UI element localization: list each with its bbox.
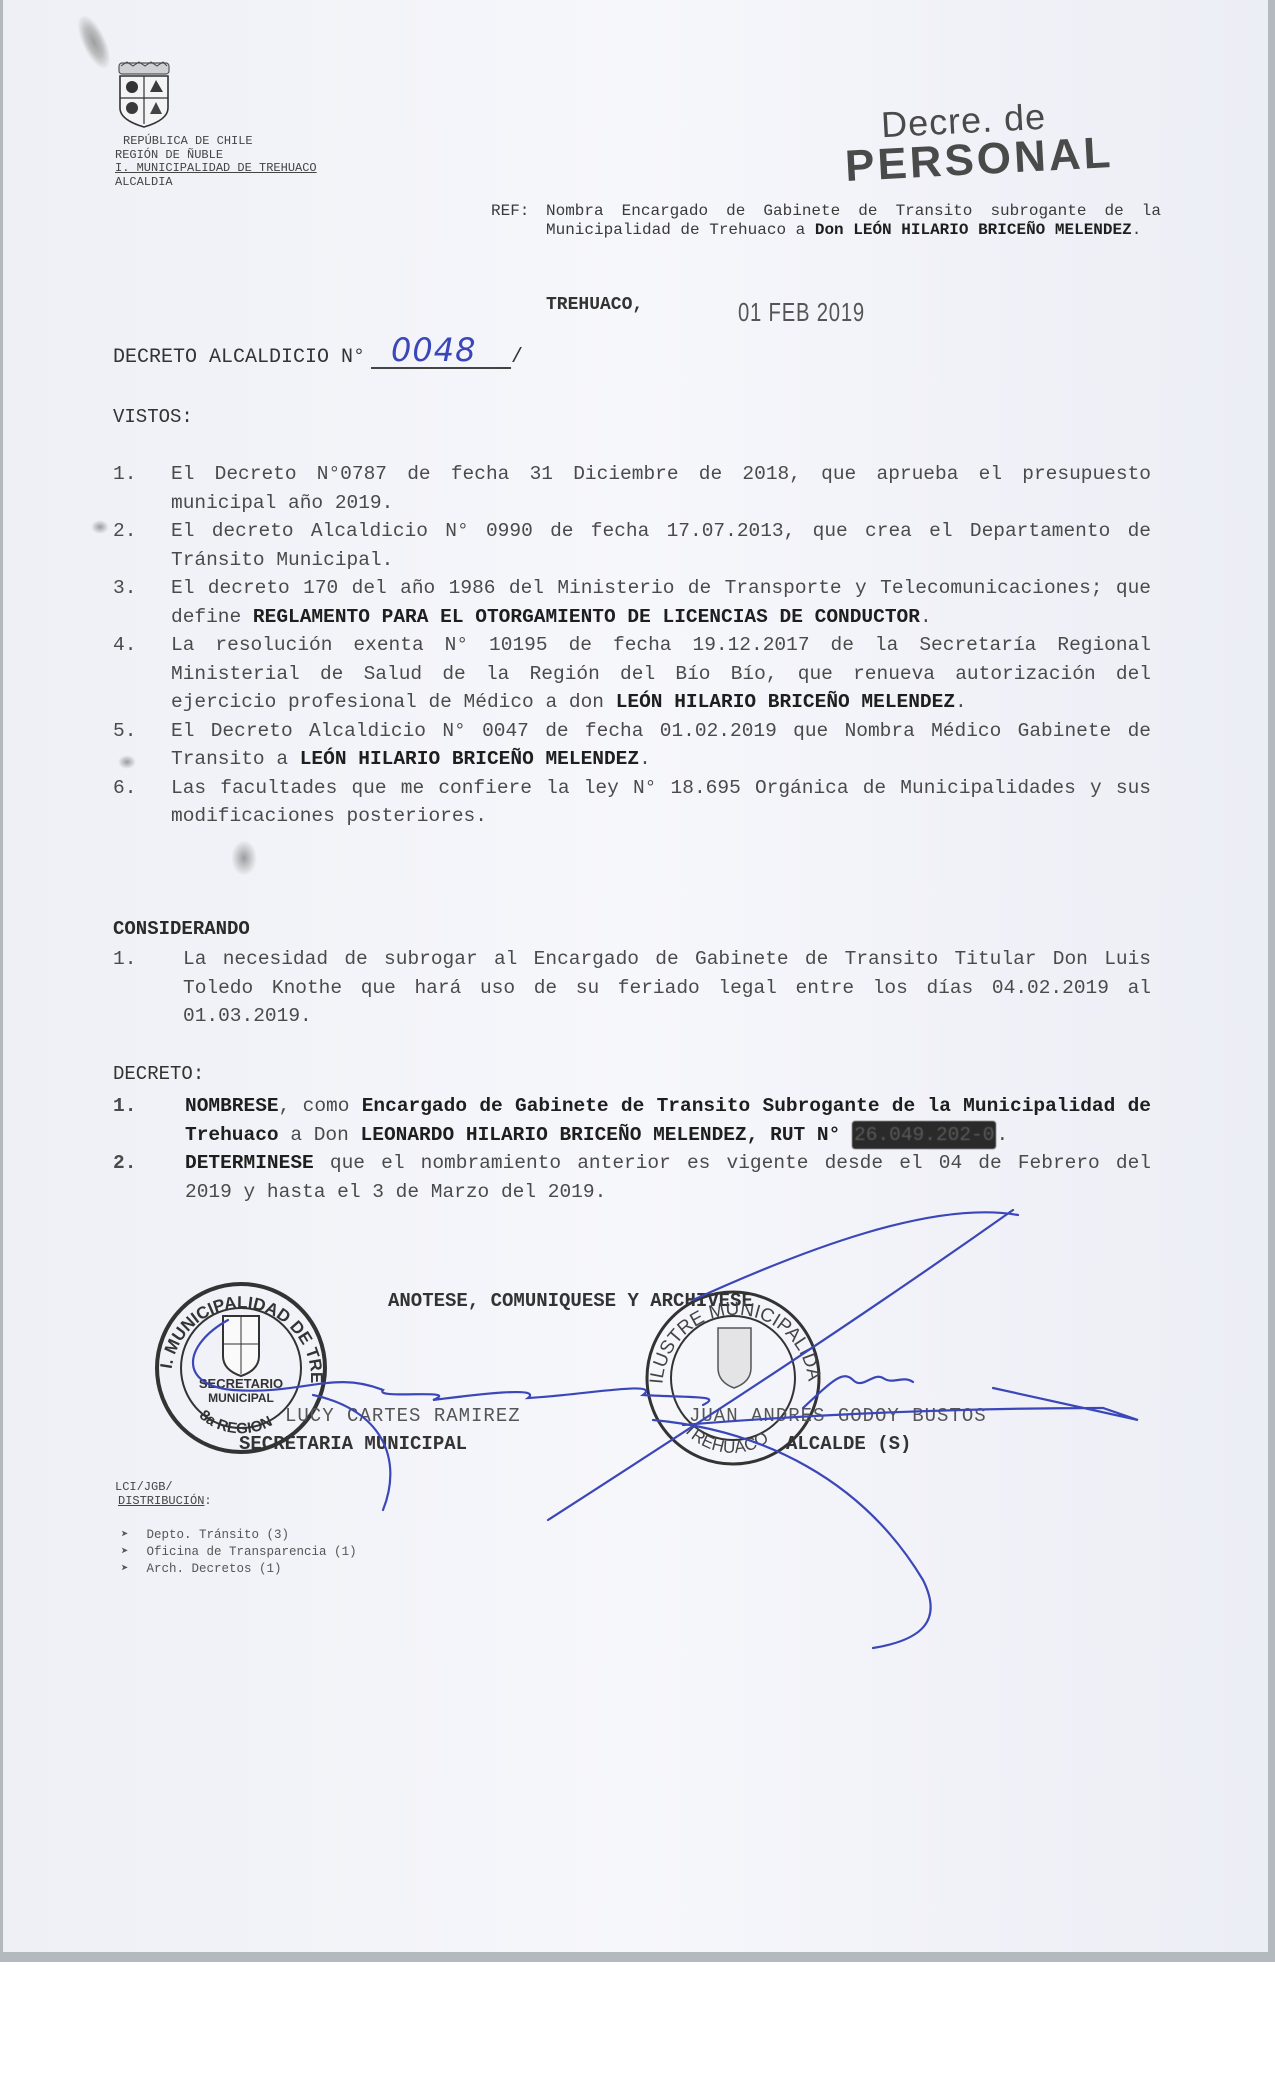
svg-text:SECRETARIO: SECRETARIO bbox=[199, 1376, 283, 1391]
text: La necesidad de subrogar al Encargado de… bbox=[183, 948, 1151, 1027]
ink-smudge bbox=[91, 520, 109, 534]
ink-smudge bbox=[72, 12, 116, 72]
decreto-title: DECRETO: bbox=[113, 1063, 204, 1085]
svg-text:MUNICIPAL: MUNICIPAL bbox=[208, 1391, 274, 1405]
issuer-header: REPÚBLICA DE CHILE REGIÓN DE ÑUBLE I. MU… bbox=[115, 135, 317, 189]
distribution-item: ➤Arch. Decretos (1) bbox=[121, 1561, 357, 1578]
secretary-name: LUCY CARTES RAMIREZ bbox=[285, 1405, 521, 1427]
item-number: 2. bbox=[113, 517, 136, 546]
redacted-rut: 26.049.202-0 bbox=[852, 1121, 996, 1150]
list-item: 1.El Decreto N°0787 de fecha 31 Diciembr… bbox=[113, 460, 1151, 517]
arrow-bullet-icon: ➤ bbox=[121, 1544, 129, 1561]
city: TREHUACO, bbox=[546, 295, 643, 315]
text: , como bbox=[279, 1095, 362, 1117]
vistos-list: 1.El Decreto N°0787 de fecha 31 Diciembr… bbox=[113, 460, 1151, 831]
list-item: 4.La resolución exenta N° 10195 de fecha… bbox=[113, 631, 1151, 717]
decree-number: DECRETO ALCALDICIO N°0048/ bbox=[113, 346, 523, 369]
list-item: 2.El decreto Alcaldicio N° 0990 de fecha… bbox=[113, 517, 1151, 574]
item-number: 6. bbox=[113, 774, 136, 803]
item-number: 5. bbox=[113, 717, 136, 746]
text: . bbox=[639, 748, 651, 770]
ref-label: REF: bbox=[491, 202, 529, 221]
list-item: 1.La necesidad de subrogar al Encargado … bbox=[113, 945, 1151, 1031]
header-line: ALCALDIA bbox=[115, 176, 317, 190]
distribution-item: ➤Oficina de Transparencia (1) bbox=[121, 1544, 357, 1561]
ref-text-bold: Don LEÓN HILARIO BRICEÑO MELENDEZ bbox=[815, 221, 1132, 239]
coat-of-arms-icon bbox=[115, 60, 173, 130]
list-item: 6.Las facultades que me confiere la ley … bbox=[113, 774, 1151, 831]
text: . bbox=[996, 1124, 1008, 1146]
item-number: 1. bbox=[113, 945, 136, 974]
bold-text: LEÓN HILARIO BRICEÑO MELENDEZ bbox=[300, 748, 639, 770]
item-number: 3. bbox=[113, 574, 136, 603]
text: que el nombramiento anterior es vigente … bbox=[185, 1152, 1151, 1203]
decree-number-handwritten: 0048 bbox=[391, 331, 476, 369]
text: . bbox=[920, 606, 932, 628]
list-item: 3.El decreto 170 del año 1986 del Minist… bbox=[113, 574, 1151, 631]
secretary-title: SECRETARIA MUNICIPAL bbox=[239, 1433, 467, 1455]
reference-block: REF: Nombra Encargado de Gabinete de Tra… bbox=[491, 202, 1161, 239]
arrow-bullet-icon: ➤ bbox=[121, 1527, 129, 1544]
header-line: I. MUNICIPALIDAD DE TREHUACO bbox=[115, 162, 317, 176]
list-item: 2.DETERMINESE que el nombramiento anteri… bbox=[113, 1149, 1151, 1206]
ink-smudge bbox=[231, 840, 257, 876]
distribution-list: ➤Depto. Tránsito (3) ➤Oficina de Transpa… bbox=[121, 1527, 357, 1578]
list-item: 5.El Decreto Alcaldicio N° 0047 de fecha… bbox=[113, 717, 1151, 774]
mayor-name: JUAN ANDRES GODOY BUSTOS bbox=[689, 1405, 987, 1427]
distribution-item: ➤Depto. Tránsito (3) bbox=[121, 1527, 357, 1544]
text: El Decreto N°0787 de fecha 31 Diciembre … bbox=[171, 463, 1151, 514]
date-stamp: 01 FEB 2019 bbox=[738, 297, 865, 328]
initials: LCI/JGB/ bbox=[115, 1480, 212, 1494]
text: Las facultades que me confiere la ley N°… bbox=[171, 777, 1151, 828]
item-number: 1. bbox=[113, 1092, 136, 1121]
distribution-colon: : bbox=[204, 1494, 211, 1508]
decree-number-suffix: / bbox=[511, 346, 523, 369]
bold-text: DETERMINESE bbox=[185, 1152, 314, 1174]
considerando-title: CONSIDERANDO bbox=[113, 918, 250, 940]
considerando-list: 1.La necesidad de subrogar al Encargado … bbox=[113, 945, 1151, 1031]
vistos-title: VISTOS: bbox=[113, 406, 193, 428]
item-number: 2. bbox=[113, 1149, 136, 1178]
header-line: REPÚBLICA DE CHILE bbox=[115, 135, 317, 149]
header-line: REGIÓN DE ÑUBLE bbox=[115, 149, 317, 163]
text: El decreto Alcaldicio N° 0990 de fecha 1… bbox=[171, 520, 1151, 571]
arrow-bullet-icon: ➤ bbox=[121, 1561, 129, 1578]
document-page: REPÚBLICA DE CHILE REGIÓN DE ÑUBLE I. MU… bbox=[3, 0, 1268, 1952]
ref-text-end: . bbox=[1132, 221, 1142, 239]
bold-text: REGLAMENTO PARA EL OTORGAMIENTO DE LICEN… bbox=[253, 606, 920, 628]
bold-text: NOMBRESE bbox=[185, 1095, 279, 1117]
decreto-list: 1.NOMBRESE, como Encargado de Gabinete d… bbox=[113, 1092, 1151, 1206]
list-item: 1.NOMBRESE, como Encargado de Gabinete d… bbox=[113, 1092, 1151, 1149]
decree-number-field: 0048 bbox=[371, 347, 511, 369]
decree-number-label: DECRETO ALCALDICIO N° bbox=[113, 346, 365, 369]
distribution-label: DISTRIBUCIÓN bbox=[118, 1494, 204, 1508]
mayor-title: ALCALDE (S) bbox=[786, 1433, 911, 1455]
secretary-seal-icon: I. MUNICIPALIDAD DE TREHUACO 8a REGION S… bbox=[151, 1278, 331, 1458]
text: . bbox=[955, 691, 967, 713]
bold-text: LEÓN HILARIO BRICEÑO MELENDEZ bbox=[616, 691, 955, 713]
item-number: 4. bbox=[113, 631, 136, 660]
text: a Don bbox=[279, 1124, 361, 1146]
ref-text: Nombra Encargado de Gabinete de Transito… bbox=[546, 202, 1161, 239]
bold-text: LEONARDO HILARIO BRICEÑO MELENDEZ, RUT N… bbox=[361, 1124, 852, 1146]
footer-reference: LCI/JGB/ DISTRIBUCIÓN: bbox=[115, 1480, 212, 1508]
item-number: 1. bbox=[113, 460, 136, 489]
